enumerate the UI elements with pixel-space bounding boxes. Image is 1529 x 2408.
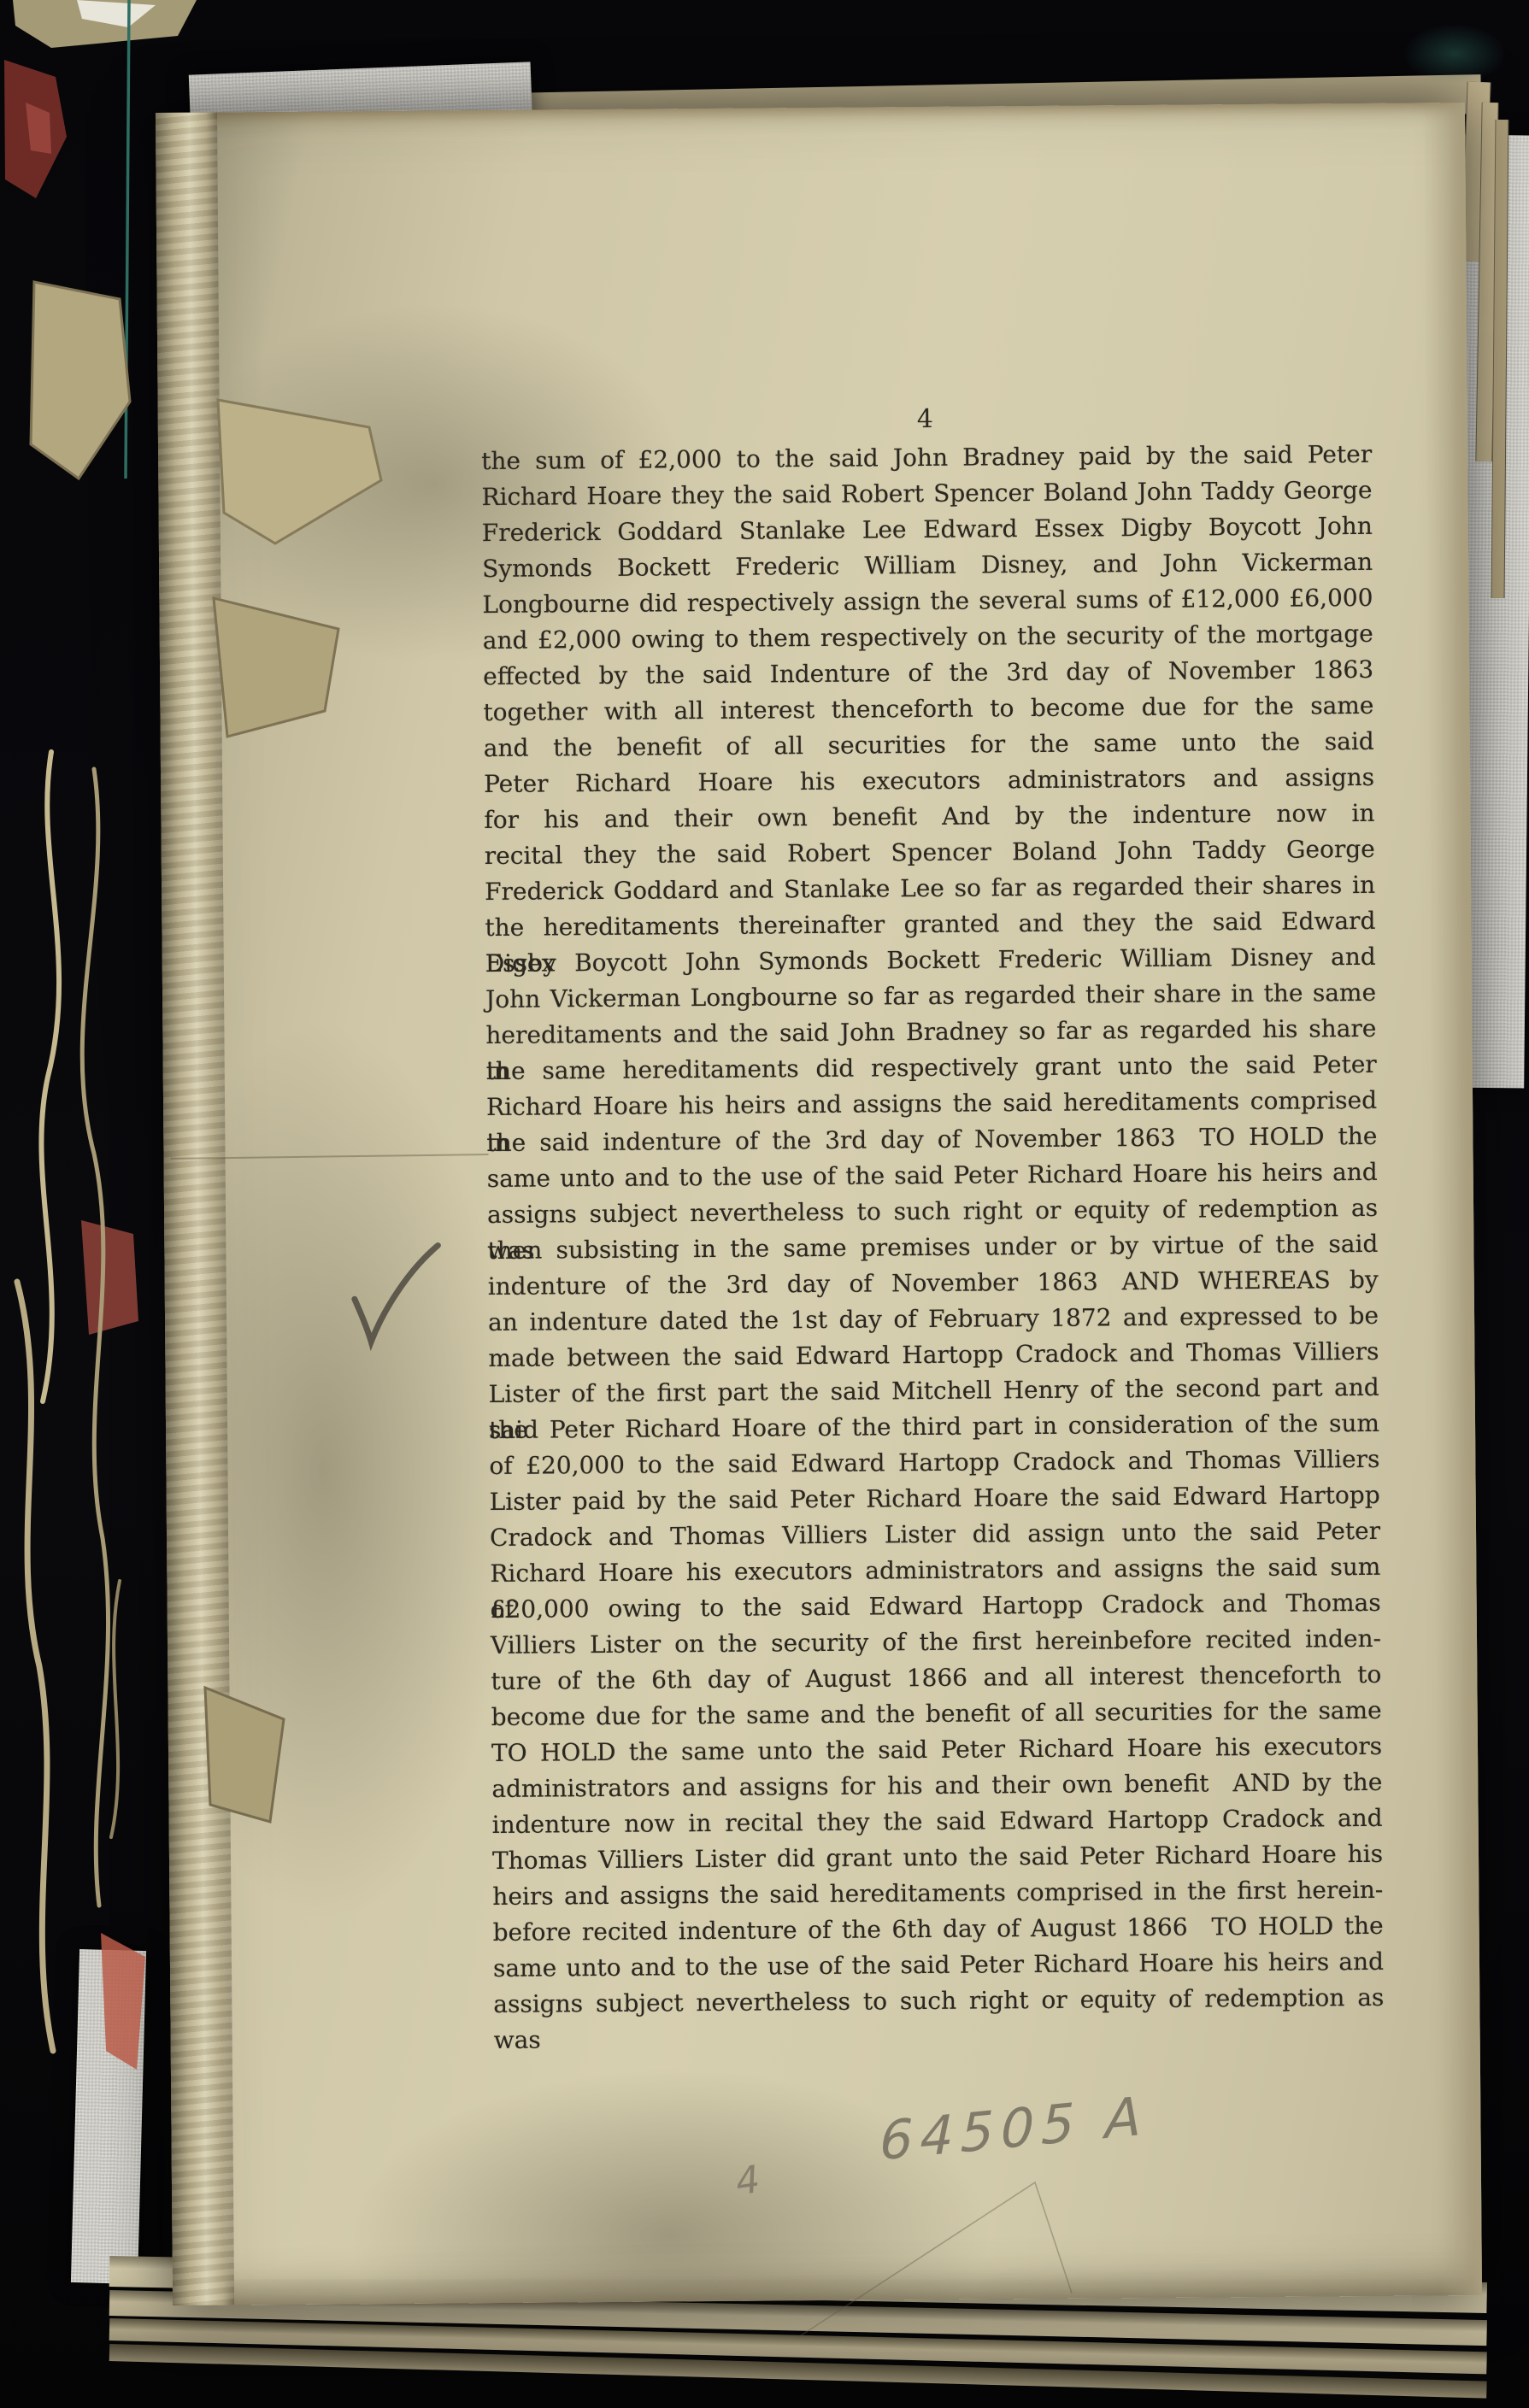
torn-paper-flap <box>205 1688 284 1822</box>
pencil-annotation-page-number: 4 <box>732 2158 762 2205</box>
paper-crease <box>770 2156 1131 2364</box>
book-photo-scene: 4 the sum of £2,000 to the said John Bra… <box>0 0 1529 2408</box>
binding-thread <box>41 752 59 1401</box>
page-number: 4 <box>481 401 1370 438</box>
text-line: assigns subject nevertheless to such rig… <box>493 1980 1384 2023</box>
red-binding-remnant <box>101 1933 145 2070</box>
torn-paper-flap <box>218 400 381 543</box>
binding-thread <box>17 1282 53 2051</box>
binding-thread <box>111 1581 120 1837</box>
binding-thread <box>82 769 108 1906</box>
paper-scrap <box>31 282 130 479</box>
red-binding-remnant <box>81 1220 138 1335</box>
book-spine-torn-edge <box>0 0 410 2408</box>
page-text: the sum of £2,000 to the said John Bradn… <box>481 437 1384 2023</box>
torn-paper-flap <box>214 598 338 737</box>
teal-smudge <box>1403 24 1506 84</box>
